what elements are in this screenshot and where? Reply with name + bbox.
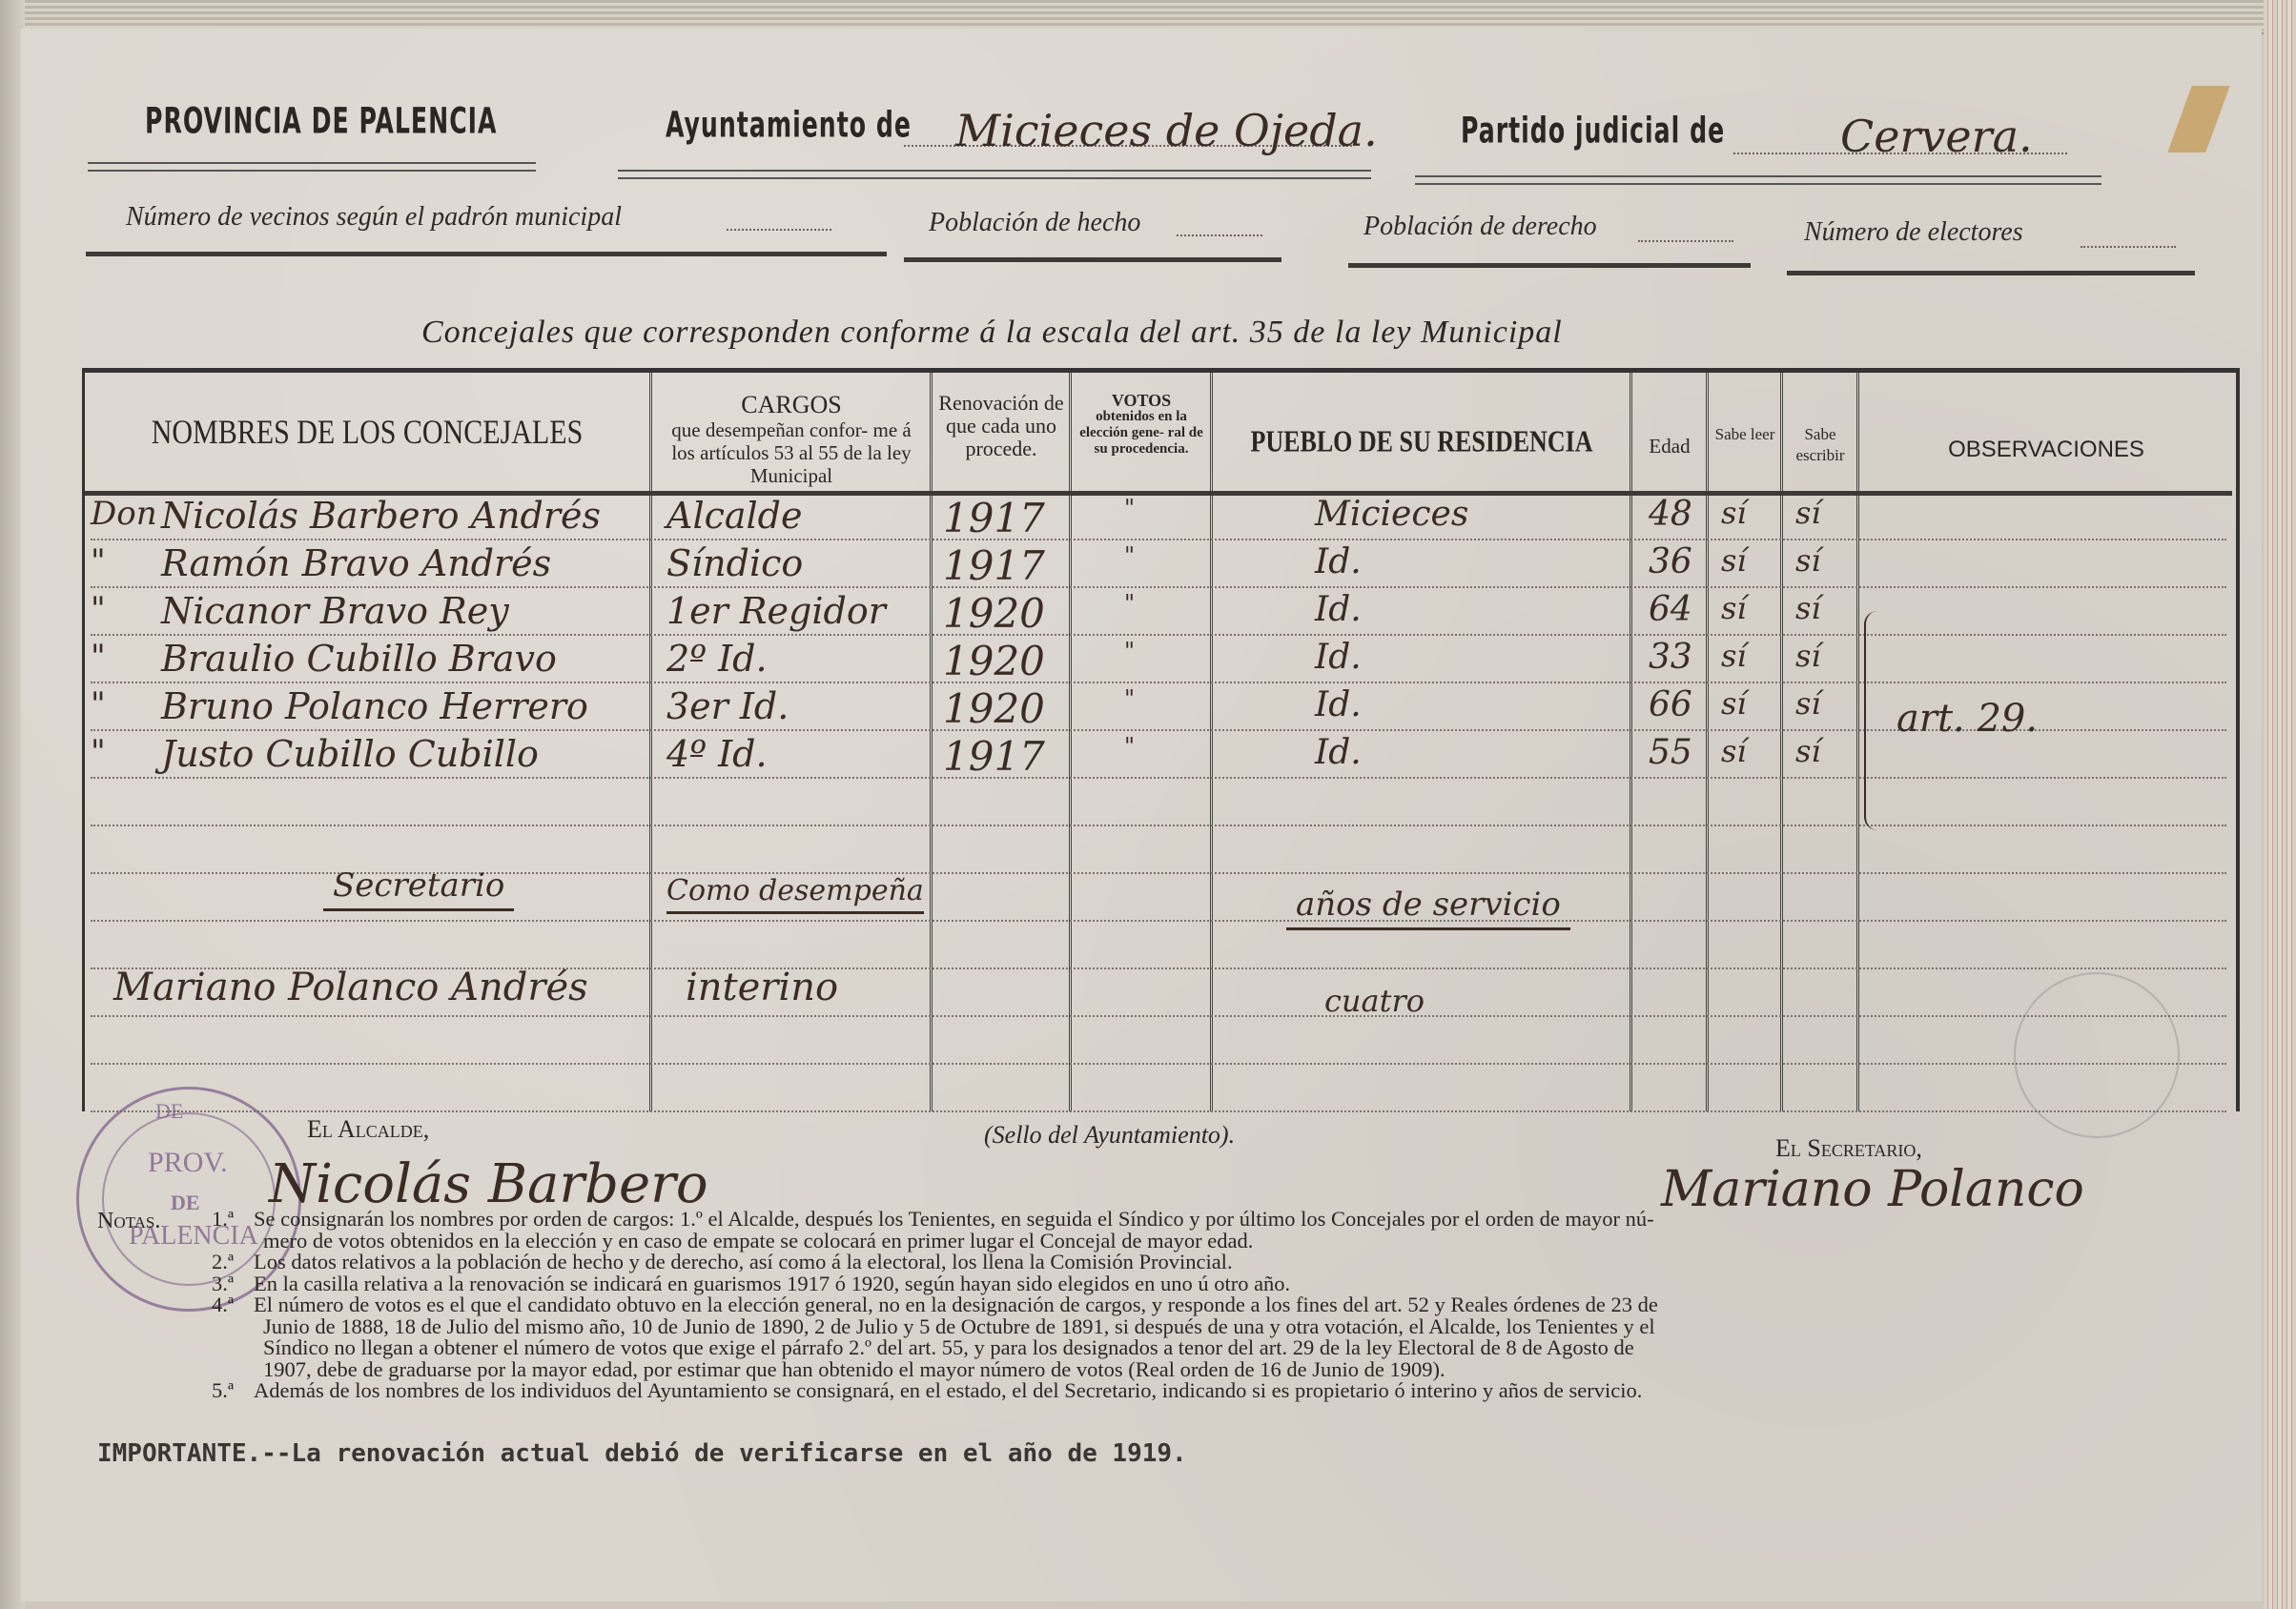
header-cargos: CARGOS que desempeñan confor- me á los a… bbox=[653, 392, 930, 487]
note-text: Además de los nombres de los individuos … bbox=[254, 1378, 1642, 1402]
header-sabe-escribir: Sabe escribir bbox=[1784, 424, 1856, 466]
cell-edad: 55 bbox=[1649, 733, 1692, 772]
cell-prefix: " bbox=[91, 733, 106, 771]
header-edad: Edad bbox=[1633, 436, 1706, 457]
cell-name: Nicolás Barbero Andrés bbox=[161, 495, 601, 537]
note-text: Síndico no llegan a obtener el número de… bbox=[254, 1335, 1634, 1359]
concejales-table: NOMBRES DE LOS CONCEJALES CARGOS que des… bbox=[82, 368, 2240, 1111]
note-line: 3.ªEn la casilla relativa a la renovació… bbox=[212, 1273, 2296, 1295]
row-rule bbox=[91, 682, 2226, 683]
ayuntamiento-value: Micieces de Ojeda. bbox=[955, 105, 1378, 156]
row-rule bbox=[91, 1015, 2226, 1017]
secretario-label: El Secretario, bbox=[1775, 1134, 1922, 1163]
header-votos: VOTOS obtenidos en la elección gene- ral… bbox=[1073, 392, 1210, 458]
cell-escribir: sí bbox=[1795, 495, 1821, 531]
stamp-text-prov: PROV. bbox=[148, 1147, 228, 1179]
cell-name: Nicanor Bravo Rey bbox=[161, 590, 509, 632]
secretario-cargo: interino bbox=[686, 966, 838, 1009]
cell-edad: 66 bbox=[1649, 685, 1692, 724]
ayuntamiento-rule bbox=[618, 170, 1371, 179]
row-rule bbox=[91, 634, 2226, 636]
cell-votos: " bbox=[1124, 733, 1135, 760]
cell-cargo: 4º Id. bbox=[666, 733, 768, 775]
header-cargos-sub: que desempeñan confor- me á los artículo… bbox=[653, 418, 930, 487]
col-divider bbox=[1706, 373, 1709, 1111]
cell-escribir: sí bbox=[1795, 685, 1821, 722]
cell-name: Bruno Polanco Herrero bbox=[161, 685, 588, 727]
secretario-cargo-heading: Como desempeña bbox=[666, 874, 924, 914]
table-caption: Concejales que corresponden conforme á l… bbox=[421, 315, 1563, 351]
cell-votos: " bbox=[1124, 542, 1135, 569]
cell-leer: sí bbox=[1721, 685, 1747, 722]
note-line: 1.ªSe consignarán los nombres por orden … bbox=[212, 1209, 2296, 1231]
cell-edad: 33 bbox=[1649, 638, 1692, 677]
col-divider bbox=[1856, 373, 1859, 1111]
alcalde-label: El Alcalde, bbox=[307, 1115, 429, 1144]
col-divider bbox=[930, 373, 933, 1111]
cell-edad: 36 bbox=[1649, 542, 1692, 581]
col-divider bbox=[1069, 373, 1072, 1111]
header-observaciones: OBSERVACIONES bbox=[1860, 439, 2232, 460]
header-nombres: NOMBRES DE LOS CONCEJALES bbox=[85, 420, 649, 445]
sello-label: (Sello del Ayuntamiento). bbox=[984, 1121, 1235, 1150]
cell-prefix: " bbox=[91, 542, 106, 580]
partido-rule bbox=[1415, 175, 2101, 185]
note-text: mero de votos obtenidos en la elección y… bbox=[254, 1229, 1253, 1253]
note-number: 1.ª bbox=[212, 1209, 254, 1231]
note-text: Junio de 1888, 18 de Julio del mismo año… bbox=[254, 1314, 1655, 1338]
cell-renovacion: 1920 bbox=[943, 590, 1045, 637]
book-page-edges-right bbox=[2264, 0, 2296, 1609]
cell-escribir: sí bbox=[1795, 638, 1821, 674]
ayuntamiento-label: Ayuntamiento de bbox=[666, 103, 912, 146]
partido-label: Partido judicial de bbox=[1461, 109, 1725, 152]
note-number: 2.ª bbox=[212, 1252, 254, 1273]
province-title: PROVINCIA DE PALENCIA bbox=[145, 99, 498, 142]
cell-edad: 64 bbox=[1649, 590, 1692, 629]
col-divider bbox=[1630, 373, 1632, 1111]
poblacion-hecho-rule bbox=[904, 257, 1281, 262]
note-text: El número de votos es el que el candidat… bbox=[254, 1293, 1658, 1316]
poblacion-derecho-input-line[interactable] bbox=[1638, 240, 1733, 242]
partido-value: Cervera. bbox=[1840, 111, 2033, 162]
notes-list: 1.ªSe consignarán los nombres por orden … bbox=[212, 1209, 2296, 1402]
row-rule bbox=[91, 586, 2226, 588]
cell-prefix: " bbox=[91, 685, 106, 723]
faint-postmark-stamp bbox=[2014, 972, 2180, 1138]
note-text: Los datos relativos a la población de he… bbox=[254, 1250, 1233, 1273]
note-number: 4.ª bbox=[212, 1294, 254, 1316]
observation-brace bbox=[1864, 611, 1881, 830]
header-cargos-title: CARGOS bbox=[653, 392, 930, 418]
row-rule bbox=[91, 777, 2226, 779]
cell-renovacion: 1920 bbox=[943, 685, 1045, 732]
note-number: 5.ª bbox=[212, 1380, 254, 1402]
secretario-heading: Secretario bbox=[323, 866, 514, 911]
cell-name: Braulio Cubillo Bravo bbox=[161, 638, 557, 680]
cell-votos: " bbox=[1124, 590, 1135, 617]
cell-escribir: sí bbox=[1795, 590, 1821, 626]
note-line: 1907, debe de graduarse por la mayor eda… bbox=[212, 1359, 2296, 1381]
cell-votos: " bbox=[1124, 495, 1135, 521]
header-votos-title: VOTOS bbox=[1073, 392, 1210, 409]
cell-votos: " bbox=[1124, 685, 1135, 712]
cell-renovacion: 1920 bbox=[943, 638, 1045, 684]
electores-rule bbox=[1787, 271, 2195, 275]
col-divider bbox=[1780, 373, 1783, 1111]
important-notice: IMPORTANTE.--La renovación actual debió … bbox=[97, 1439, 1187, 1468]
row-rule bbox=[91, 539, 2226, 540]
cell-renovacion: 1917 bbox=[943, 495, 1045, 541]
note-line: Junio de 1888, 18 de Julio del mismo año… bbox=[212, 1316, 2296, 1338]
cell-renovacion: 1917 bbox=[943, 733, 1045, 780]
note-text: En la casilla relativa a la renovación s… bbox=[254, 1272, 1290, 1295]
row-rule bbox=[91, 1063, 2226, 1065]
note-number: 3.ª bbox=[212, 1273, 254, 1295]
cell-pueblo: Id. bbox=[1315, 685, 1362, 724]
cell-prefix: " bbox=[91, 638, 106, 676]
cell-votos: " bbox=[1124, 638, 1135, 664]
poblacion-derecho-label: Población de derecho bbox=[1363, 212, 1597, 242]
cell-pueblo: Id. bbox=[1315, 638, 1362, 677]
cell-cargo: Síndico bbox=[666, 542, 803, 584]
note-line: mero de votos obtenidos en la elección y… bbox=[212, 1231, 2296, 1253]
cell-escribir: sí bbox=[1795, 542, 1821, 579]
cell-leer: sí bbox=[1721, 733, 1747, 769]
stamp-text-top: DE bbox=[155, 1099, 183, 1124]
cell-prefix: Don bbox=[91, 495, 157, 533]
row-rule bbox=[91, 1110, 2226, 1112]
note-text: Se consignarán los nombres por orden de … bbox=[254, 1207, 1654, 1231]
cell-name: Ramón Bravo Andrés bbox=[161, 542, 551, 584]
corner-tape bbox=[2167, 86, 2229, 153]
stamp-text-de: DE bbox=[171, 1191, 200, 1215]
vecinos-label: Número de vecinos según el padrón munici… bbox=[126, 202, 622, 233]
vecinos-input-line[interactable] bbox=[727, 229, 831, 231]
header-renovacion: Renovación de que cada uno procede. bbox=[933, 392, 1069, 460]
observation-text: art. 29. bbox=[1896, 697, 2038, 741]
form-page: PROVINCIA DE PALENCIA Ayuntamiento de Mi… bbox=[21, 29, 2262, 1601]
header-votos-sub: obtenidos en la elección gene- ral de su… bbox=[1073, 409, 1210, 458]
header-sabe-leer: Sabe leer bbox=[1710, 424, 1780, 445]
poblacion-hecho-input-line[interactable] bbox=[1177, 234, 1262, 236]
secretario-anos-heading: años de servicio bbox=[1286, 886, 1570, 930]
row-rule bbox=[91, 825, 2226, 826]
row-rule bbox=[91, 920, 2226, 922]
cell-leer: sí bbox=[1721, 638, 1747, 674]
col-divider bbox=[1210, 373, 1213, 1111]
notes-title: Notas. bbox=[97, 1209, 160, 1234]
note-line: 4.ªEl número de votos es el que el candi… bbox=[212, 1294, 2296, 1316]
cell-leer: sí bbox=[1721, 495, 1747, 531]
note-line: 5.ªAdemás de los nombres de los individu… bbox=[212, 1380, 2296, 1402]
cell-prefix: " bbox=[91, 590, 106, 628]
electores-label: Número de electores bbox=[1804, 217, 2023, 248]
cell-renovacion: 1917 bbox=[943, 542, 1045, 589]
cell-cargo: 1er Regidor bbox=[666, 590, 886, 632]
note-line: 2.ªLos datos relativos a la población de… bbox=[212, 1252, 2296, 1273]
secretario-name: Mariano Polanco Andrés bbox=[113, 966, 588, 1009]
cell-leer: sí bbox=[1721, 590, 1747, 626]
cell-leer: sí bbox=[1721, 542, 1747, 579]
poblacion-derecho-rule bbox=[1348, 263, 1751, 268]
cell-pueblo: Micieces bbox=[1315, 495, 1468, 534]
cell-pueblo: Id. bbox=[1315, 542, 1362, 581]
cell-name: Justo Cubillo Cubillo bbox=[161, 733, 539, 775]
cell-cargo: 3er Id. bbox=[666, 685, 789, 727]
vecinos-rule bbox=[86, 252, 887, 256]
cell-cargo: Alcalde bbox=[666, 495, 803, 537]
cell-escribir: sí bbox=[1795, 733, 1821, 769]
note-line: Síndico no llegan a obtener el número de… bbox=[212, 1337, 2296, 1359]
cell-pueblo: Id. bbox=[1315, 590, 1362, 629]
header-pueblo: PUEBLO DE SU RESIDENCIA bbox=[1214, 430, 1630, 455]
secretario-anos: cuatro bbox=[1324, 983, 1425, 1019]
electores-input-line[interactable] bbox=[2081, 246, 2176, 248]
poblacion-hecho-label: Población de hecho bbox=[929, 208, 1140, 238]
cell-edad: 48 bbox=[1649, 495, 1692, 534]
cell-pueblo: Id. bbox=[1315, 733, 1362, 772]
note-text: 1907, debe de graduarse por la mayor eda… bbox=[254, 1357, 1445, 1381]
cell-cargo: 2º Id. bbox=[666, 638, 768, 680]
province-rule bbox=[88, 162, 536, 172]
col-divider bbox=[649, 373, 652, 1111]
